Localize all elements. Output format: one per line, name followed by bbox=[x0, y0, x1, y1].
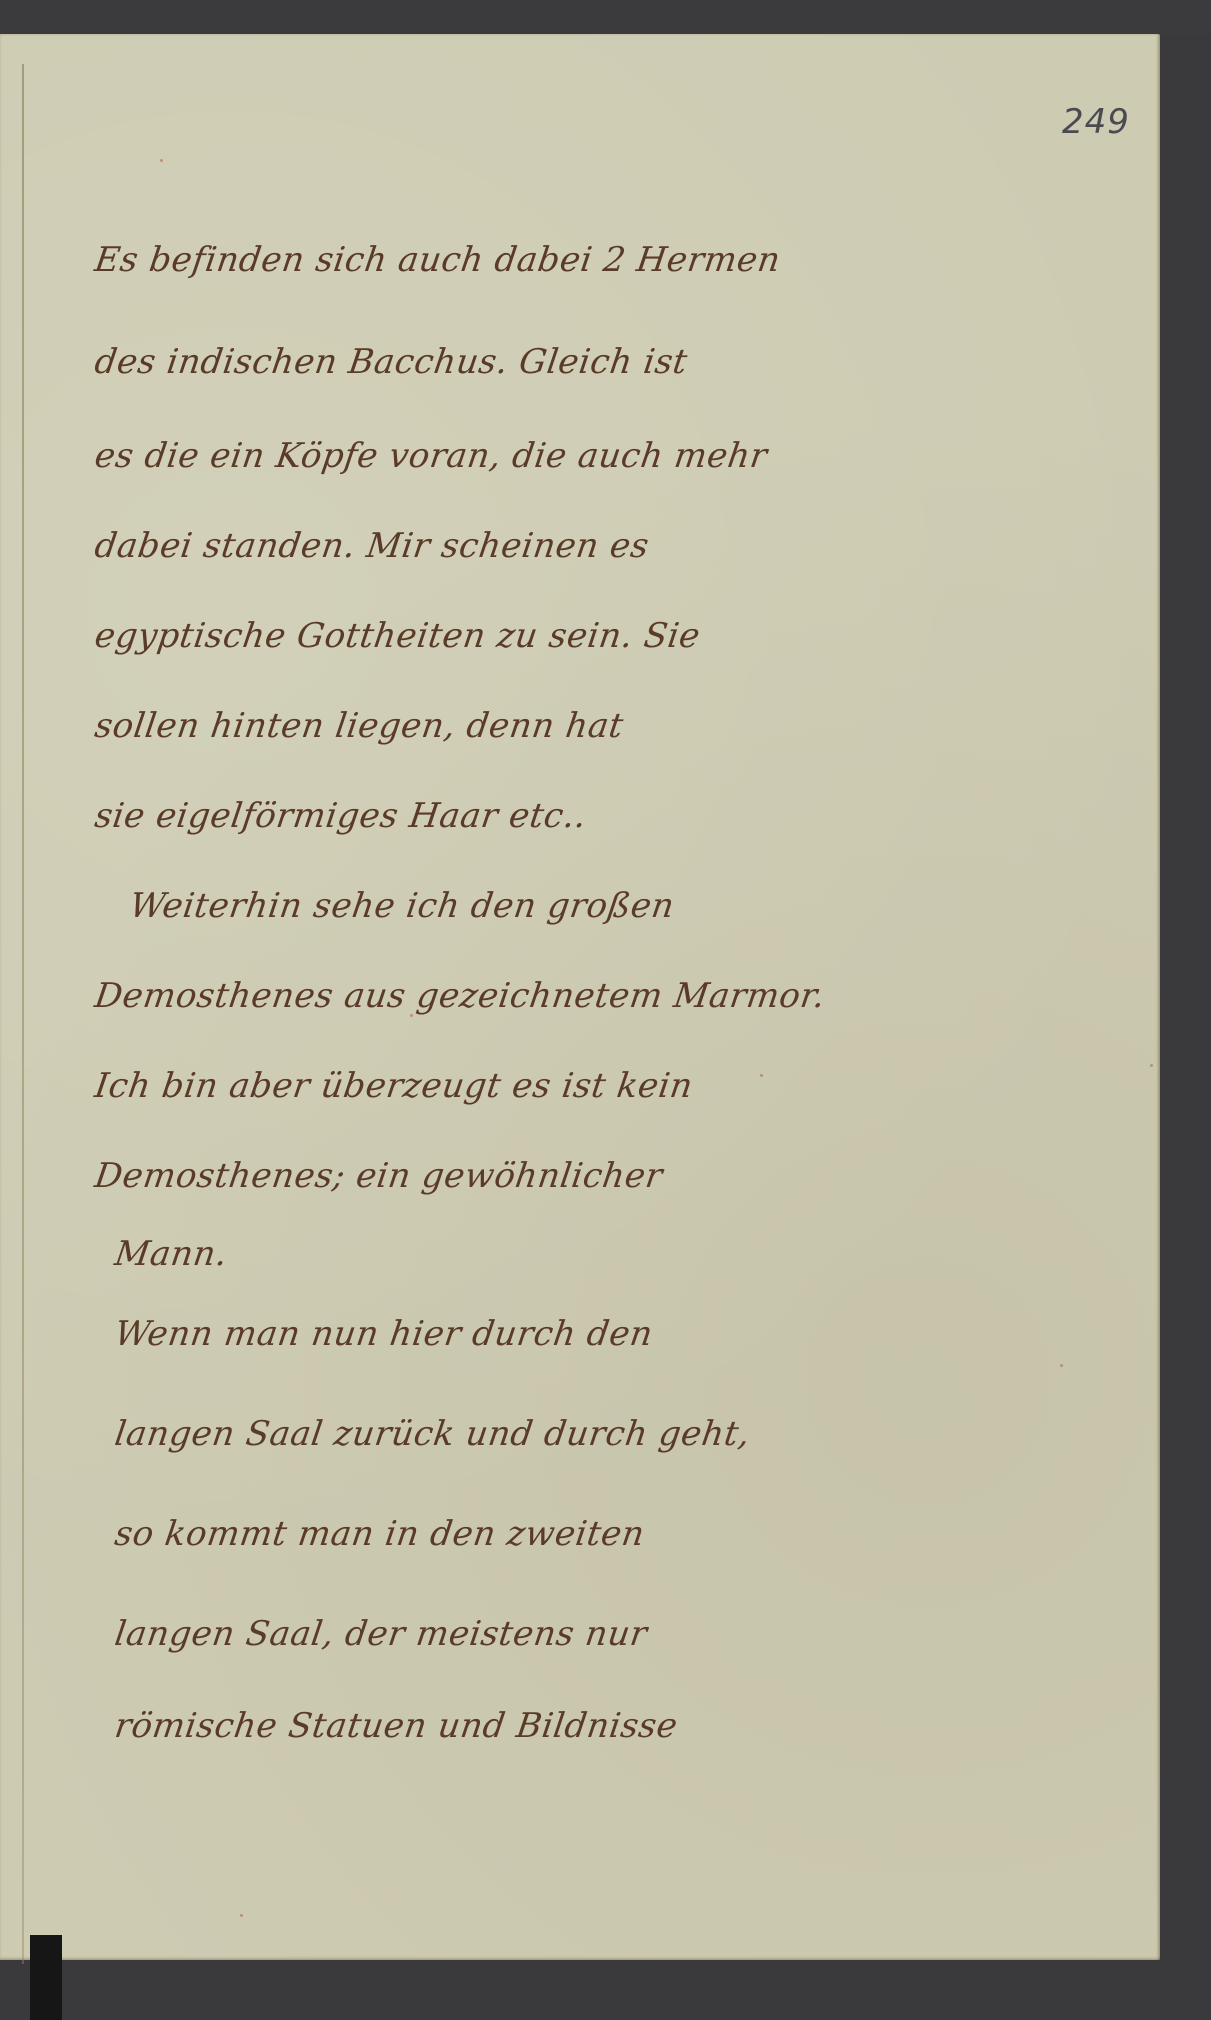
paper-speck bbox=[760, 1074, 763, 1077]
paper-speck bbox=[410, 1014, 413, 1017]
text-line: Demosthenes aus gezeichnetem Marmor. bbox=[92, 976, 827, 1016]
scan-background-top bbox=[0, 0, 1211, 36]
text-line: römische Statuen und Bildnisse bbox=[112, 1706, 680, 1746]
page-number: 249 bbox=[1062, 102, 1130, 142]
manuscript-page: 249 Es befinden sich auch dabei 2 Hermen… bbox=[0, 34, 1160, 1960]
paper-speck bbox=[240, 1914, 243, 1917]
text-line: es die ein Köpfe voran, die auch mehr bbox=[92, 436, 770, 476]
text-line: langen Saal zurück und durch geht, bbox=[112, 1414, 752, 1454]
text-line: Weiterhin sehe ich den großen bbox=[127, 886, 677, 926]
text-line: Es befinden sich auch dabei 2 Hermen bbox=[92, 240, 783, 280]
text-line: des indischen Bacchus. Gleich ist bbox=[92, 342, 690, 382]
text-line: Demosthenes; ein gewöhnlicher bbox=[92, 1156, 665, 1196]
text-line: so kommt man in den zweiten bbox=[112, 1514, 647, 1554]
binding-fold bbox=[22, 64, 24, 1964]
text-line: Mann. bbox=[112, 1234, 230, 1274]
paper-speck bbox=[1150, 1064, 1153, 1067]
text-line: Wenn man nun hier durch den bbox=[112, 1314, 655, 1354]
text-line: Ich bin aber überzeugt es ist kein bbox=[92, 1066, 695, 1106]
text-line: sie eigelförmiges Haar etc.. bbox=[92, 796, 589, 836]
text-line: egyptische Gottheiten zu sein. Sie bbox=[92, 616, 703, 656]
text-line: langen Saal, der meistens nur bbox=[112, 1614, 650, 1654]
paper-speck bbox=[1060, 1364, 1063, 1367]
text-line: dabei standen. Mir scheinen es bbox=[92, 526, 651, 566]
text-line: sollen hinten liegen, denn hat bbox=[92, 706, 626, 746]
paper-speck bbox=[160, 159, 163, 162]
book-spine-edge bbox=[30, 1935, 62, 2020]
